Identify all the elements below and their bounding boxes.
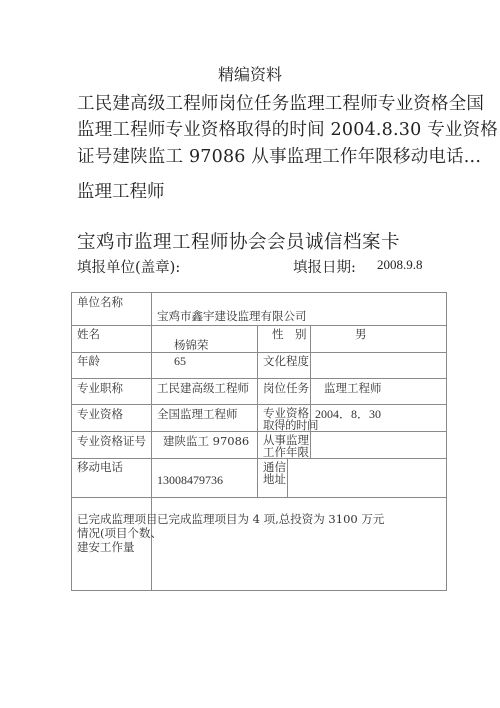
projects-label-3: 建安工作量 bbox=[77, 540, 135, 554]
cert-value: 建陕监工 97086 bbox=[163, 434, 249, 448]
post-label: 岗位任务 bbox=[263, 381, 309, 395]
mobile-value: 13008479736 bbox=[157, 473, 223, 487]
gender-label: 性 别 bbox=[272, 327, 307, 341]
col-divider bbox=[151, 293, 152, 590]
summary-line-3: 证号建陕监工 97086 从事监理工作年限移动电话... bbox=[77, 143, 481, 168]
age-value: 65 bbox=[174, 354, 186, 368]
fill-date-label: 填报日期: bbox=[293, 256, 356, 277]
fill-unit-label: 填报单位(盖章): bbox=[77, 256, 180, 277]
summary-line-1: 工民建高级工程师岗位任务监理工程师专业资格全国 bbox=[77, 90, 484, 115]
row-divider bbox=[72, 325, 446, 326]
row-divider bbox=[72, 404, 446, 405]
projects-value: 已完成监理项目为 4 项,总投资为 3100 万元 bbox=[157, 512, 384, 526]
card-title: 宝鸡市监理工程师协会会员诚信档案卡 bbox=[77, 228, 400, 254]
projects-label-1: 已完成监理项目 bbox=[77, 512, 158, 526]
qual-date-label-2: 取得的时间 bbox=[263, 418, 318, 432]
summary-line-2: 监理工程师专业资格取得的时间 2004.8.30 专业资格 bbox=[77, 116, 498, 141]
address-label-2: 地址 bbox=[263, 472, 286, 486]
gender-value: 男 bbox=[355, 327, 367, 341]
projects-label-2: 情况(项目个数、 bbox=[77, 526, 162, 540]
col-divider bbox=[310, 325, 311, 458]
col-divider bbox=[257, 325, 258, 497]
name-value: 杨锦荣 bbox=[174, 338, 209, 352]
row-divider bbox=[72, 497, 446, 498]
name-label: 姓名 bbox=[77, 327, 100, 341]
row-divider bbox=[72, 352, 446, 353]
mobile-label: 移动电话 bbox=[77, 460, 123, 474]
company-value: 宝鸡市鑫宇建设监理有限公司 bbox=[157, 309, 307, 323]
title-value: 工民建高级工程师 bbox=[157, 381, 249, 395]
row-divider bbox=[72, 458, 446, 459]
years-label-2: 工作年限 bbox=[263, 445, 309, 459]
fill-date-value: 2008.9.8 bbox=[377, 257, 423, 273]
title-label: 专业职称 bbox=[77, 381, 123, 395]
role-heading: 监理工程师 bbox=[77, 178, 165, 203]
member-record-table: 单位名称 宝鸡市鑫宇建设监理有限公司 姓名 杨锦荣 性 别 男 年龄 65 文化… bbox=[71, 292, 447, 591]
qualification-label: 专业资格 bbox=[77, 407, 123, 421]
qualification-value: 全国监理工程师 bbox=[157, 407, 238, 421]
qual-date-value: 2004．8．30 bbox=[315, 407, 381, 421]
col-divider bbox=[287, 458, 288, 497]
education-label: 文化程度 bbox=[263, 354, 309, 368]
age-label: 年龄 bbox=[77, 354, 100, 368]
row-divider bbox=[72, 378, 446, 379]
cert-label: 专业资格证号 bbox=[77, 434, 146, 448]
document-label: 精编资料 bbox=[0, 62, 500, 85]
row-divider bbox=[72, 431, 446, 432]
post-value: 监理工程师 bbox=[324, 381, 382, 395]
company-label: 单位名称 bbox=[77, 295, 123, 309]
